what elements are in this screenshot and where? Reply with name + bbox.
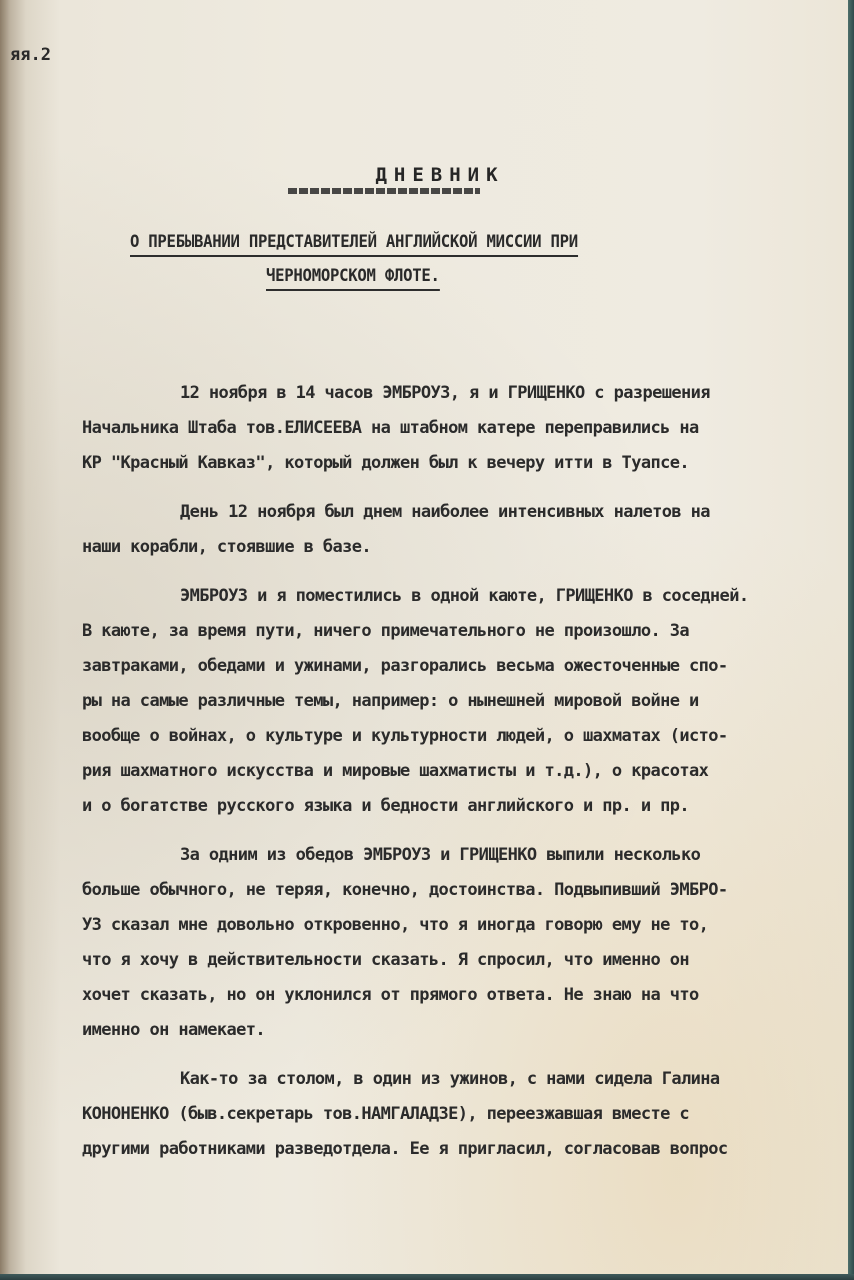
text-line: и о богатстве русского языка и бедности … (82, 789, 852, 824)
text-line: Начальника Штаба тов.ЕЛИСЕЕВА на штабном… (82, 411, 852, 446)
document-subtitle-line-1: О ПРЕБЫВАНИИ ПРЕДСТАВИТЕЛЕЙ АНГЛИЙСКОЙ М… (130, 232, 578, 257)
text-line: другими работниками разведотдела. Ее я п… (82, 1132, 852, 1167)
text-line: 12 ноября в 14 часов ЭМБРОУЗ, я и ГРИЩЕН… (82, 376, 852, 411)
text-line: завтраками, обедами и ужинами, разгорали… (82, 649, 852, 684)
text-line: ры на самые различные темы, например: о … (82, 684, 852, 719)
paragraph: За одним из обедов ЭМБРОУЗ и ГРИЩЕНКО вы… (82, 838, 852, 1048)
text-line: КОНОНЕНКО (быв.секретарь тов.НАМГАЛАДЗЕ)… (82, 1097, 852, 1132)
text-line: УЗ сказал мне довольно откровенно, что я… (82, 908, 852, 943)
document-title: ДНЕВНИК (0, 164, 850, 186)
text-line: что я хочу в действительности сказать. Я… (82, 943, 852, 978)
paragraph: День 12 ноября был днем наиболее интенси… (82, 495, 852, 565)
document-subtitle-line-2: ЧЕРНОМОРСКОМ ФЛОТЕ. (266, 266, 440, 291)
text-line: наши корабли, стоявшие в базе. (82, 530, 852, 565)
document-page: яя.2 ДНЕВНИК О ПРЕБЫВАНИИ ПРЕДСТАВИТЕЛЕЙ… (0, 0, 848, 1274)
text-line: За одним из обедов ЭМБРОУЗ и ГРИЩЕНКО вы… (82, 838, 852, 873)
text-line: больше обычного, не теряя, конечно, дост… (82, 873, 852, 908)
text-line: День 12 ноября был днем наиболее интенси… (82, 495, 852, 530)
page-number: яя.2 (10, 45, 51, 65)
title-underline (288, 188, 480, 194)
scan-right-border (848, 0, 854, 1280)
paragraph: 12 ноября в 14 часов ЭМБРОУЗ, я и ГРИЩЕН… (82, 376, 852, 481)
text-line: ЭМБРОУЗ и я поместились в одной каюте, Г… (82, 579, 852, 614)
text-line: хочет сказать, но он уклонился от прямог… (82, 978, 852, 1013)
text-line: именно он намекает. (82, 1013, 852, 1048)
text-line: КР "Красный Кавказ", который должен был … (82, 446, 852, 481)
text-line: Как-то за столом, в один из ужинов, с на… (82, 1062, 852, 1097)
text-line: рия шахматного искусства и мировые шахма… (82, 754, 852, 789)
document-body: 12 ноября в 14 часов ЭМБРОУЗ, я и ГРИЩЕН… (82, 376, 852, 1181)
text-line: вообще о войнах, о культуре и культурнос… (82, 719, 852, 754)
paragraph: Как-то за столом, в один из ужинов, с на… (82, 1062, 852, 1167)
text-line: В каюте, за время пути, ничего примечате… (82, 614, 852, 649)
scan-bottom-border (0, 1274, 854, 1280)
paragraph: ЭМБРОУЗ и я поместились в одной каюте, Г… (82, 579, 852, 824)
